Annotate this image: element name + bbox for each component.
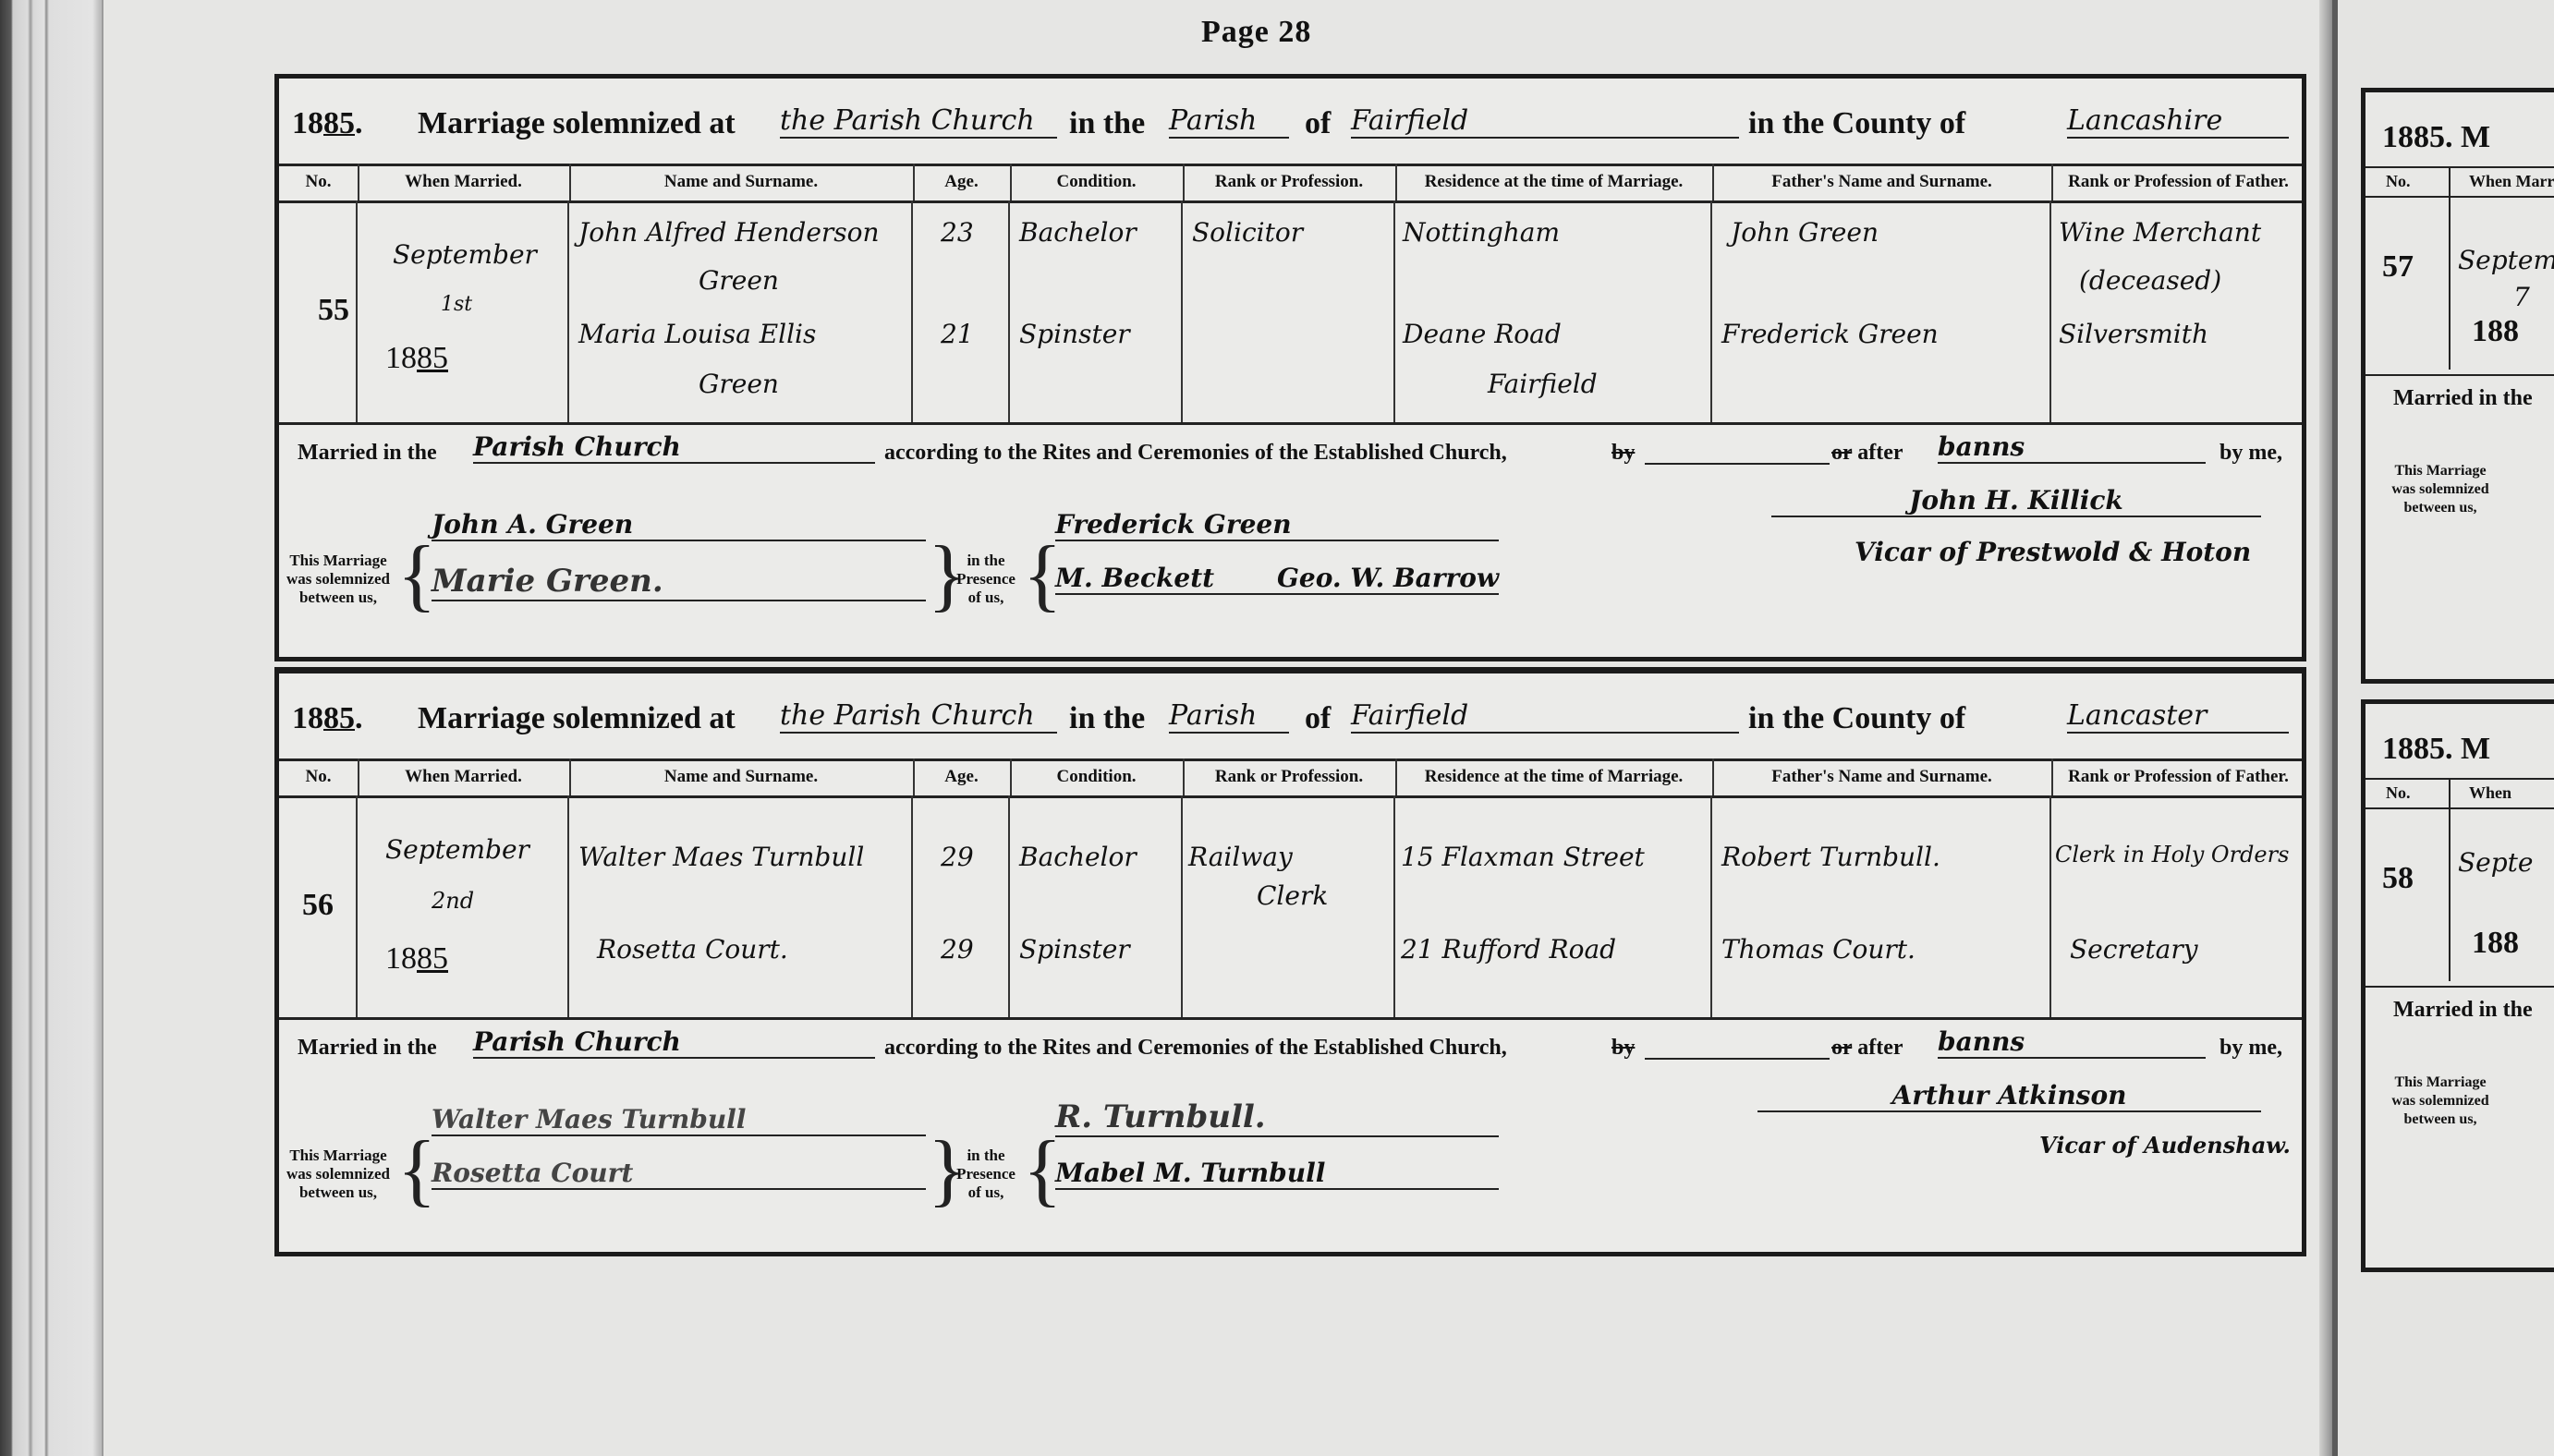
married-in-label: Married in the: [2393, 386, 2533, 411]
col-rank-profession: Rank or Profession.: [1183, 164, 1397, 200]
district-name: Fairfield: [1351, 104, 1739, 139]
married-in-label: Married in the: [298, 441, 437, 466]
presence-label: in thePresenceof us,: [944, 1147, 1028, 1202]
cell-father: John Green Frederick Green: [1712, 200, 2051, 422]
witness-2-signature: Mabel M. Turnbull: [1055, 1158, 1499, 1190]
entry-number: 55: [318, 293, 349, 328]
solemnized-between-label: This Marriagewas solemnizedbetween us,: [279, 552, 397, 607]
county-name: Lancashire: [2067, 104, 2289, 139]
next-entry-heading: 1885. M: [2382, 120, 2490, 155]
groom-father-note: (deceased): [2079, 265, 2221, 296]
cell-when: September 2nd 1885: [358, 795, 569, 1017]
entry-year: 1885.: [292, 701, 363, 736]
col-father-name: Father's Name and Surname.: [1712, 758, 2053, 795]
church-place: the Parish Church: [780, 104, 1057, 139]
when-day: 1st: [441, 293, 472, 316]
married-in-label: Married in the: [298, 1036, 437, 1061]
witness-1-signature: Frederick Green: [1055, 509, 1499, 541]
col-name-surname: Name and Surname.: [569, 758, 915, 795]
bride-name: Rosetta Court.: [597, 934, 788, 965]
bride-condition: Spinster: [1019, 934, 1130, 965]
cell-no: 56: [279, 795, 358, 1017]
groom-condition: Bachelor: [1019, 842, 1137, 872]
cell-names: Walter Maes Turnbull Rosetta Court.: [569, 795, 913, 1017]
entry-heading: 1885. Marriage solemnized at the Parish …: [279, 673, 2302, 761]
in-the-label: in the: [1069, 106, 1145, 141]
cell-no: 55: [279, 200, 358, 422]
when-month: Septe: [2458, 847, 2534, 878]
groom-residence: Nottingham: [1403, 217, 1560, 248]
col-name-surname: Name and Surname.: [569, 164, 915, 200]
officiant-title: Vicar of Prestwold & Hoton: [1855, 537, 2251, 567]
county-label: in the County of: [1748, 701, 1965, 736]
of-label: of: [1305, 701, 1331, 736]
rites-label: according to the Rites and Ceremonies of…: [884, 441, 1507, 466]
when-year: 1885: [385, 341, 448, 376]
left-brace: {: [397, 535, 436, 616]
when-year: 1885: [385, 941, 448, 977]
col-when-married: When Married.: [358, 758, 571, 795]
marriage-entry-55: 1885. Marriage solemnized at the Parish …: [274, 74, 2306, 661]
rites-label: according to the Rites and Ceremonies of…: [884, 1036, 1507, 1061]
ceremony-section: Married in the Parish Church according t…: [279, 1019, 2302, 1250]
col-no: No.: [279, 164, 359, 200]
groom-condition: Bachelor: [1019, 217, 1137, 248]
page-title: Page 28: [1201, 15, 1311, 50]
next-page-entry-57: 1885. M No. When Married 57 Septem 7 188…: [2361, 88, 2554, 684]
when-year: 188: [2472, 314, 2519, 349]
or-after-label: or after: [1831, 1036, 1903, 1061]
bride-father-rank: Secretary: [2070, 934, 2198, 965]
column-headers: No. When Married. Name and Surname. Age.…: [279, 164, 2302, 203]
bride-residence-town: Fairfield: [1488, 369, 1598, 399]
next-no-cell: 57: [2365, 166, 2451, 370]
next-entry-heading: 1885. M: [2382, 732, 2490, 767]
groom-name: Walter Maes Turnbull: [578, 842, 864, 872]
witness-1-signature: R. Turnbull.: [1055, 1098, 1499, 1137]
col-father-name: Father's Name and Surname.: [1712, 164, 2053, 200]
or-after-value: banns: [1938, 1026, 2206, 1059]
groom-residence: 15 Flaxman Street: [1401, 842, 1645, 872]
divider: [2365, 374, 2554, 376]
groom-age: 29: [941, 842, 974, 872]
married-in-label: Married in the: [2393, 998, 2533, 1023]
bride-father: Thomas Court.: [1721, 934, 1915, 965]
col-age: Age.: [913, 164, 1012, 200]
church-place: the Parish Church: [780, 699, 1057, 734]
cell-age: 23 21: [913, 200, 1010, 422]
cell-when: September 1st 1885: [358, 200, 569, 422]
of-label: of: [1305, 106, 1331, 141]
in-the-label: in the: [1069, 701, 1145, 736]
or-after-value: banns: [1938, 431, 2206, 464]
cell-names: John Alfred Henderson Green Maria Louisa…: [569, 200, 913, 422]
presence-label: in thePresenceof us,: [944, 552, 1028, 607]
when-month: September: [393, 239, 537, 270]
groom-father: John Green: [1731, 217, 1879, 248]
cell-rank: Railway Clerk: [1183, 795, 1395, 1017]
by-me-label: by me,: [2220, 441, 2282, 466]
entry-number: 56: [302, 888, 334, 923]
district-type: Parish: [1169, 104, 1289, 139]
col-father-rank: Rank or Profession of Father.: [2051, 164, 2305, 200]
cell-residence: 15 Flaxman Street 21 Rufford Road: [1395, 795, 1712, 1017]
by-label: by: [1611, 1036, 1635, 1061]
cell-age: 29 29: [913, 795, 1010, 1017]
bride-age: 21: [941, 319, 974, 349]
solemnized-between-label: This Marriagewas solemnizedbetween us,: [279, 1147, 397, 1202]
groom-rank: Railway: [1188, 842, 1293, 872]
col-rank-profession: Rank or Profession.: [1183, 758, 1397, 795]
when-year: 188: [2472, 926, 2519, 961]
entry-data-row: 55 September 1st 1885 John Alfred Hender…: [279, 200, 2302, 425]
cell-father-rank: Wine Merchant (deceased) Silversmith: [2051, 200, 2305, 422]
col-no: No.: [279, 758, 359, 795]
col-residence: Residence at the time of Marriage.: [1395, 164, 1714, 200]
bride-signature: Marie Green.: [432, 563, 926, 601]
married-in-place: Parish Church: [473, 431, 875, 464]
left-brace: {: [397, 1130, 436, 1211]
entry-year: 1885.: [292, 106, 363, 141]
officiant-signature: Arthur Atkinson: [1757, 1080, 2261, 1112]
cell-condition: Bachelor Spinster: [1010, 200, 1183, 422]
col-residence: Residence at the time of Marriage.: [1395, 758, 1714, 795]
groom-age: 23: [941, 217, 974, 248]
county-label: in the County of: [1748, 106, 1965, 141]
entry-number: 58: [2382, 861, 2414, 896]
cell-father-rank: Clerk in Holy Orders Secretary: [2051, 795, 2305, 1017]
or-after-label: or after: [1831, 441, 1903, 466]
column-headers: No. When Married. Name and Surname. Age.…: [279, 758, 2302, 798]
col-age: Age.: [913, 758, 1012, 795]
entry-number: 57: [2382, 249, 2414, 285]
entry-data-row: 56 September 2nd 1885 Walter Maes Turnbu…: [279, 795, 2302, 1020]
groom-surname: Green: [699, 265, 779, 296]
cell-residence: Nottingham Deane Road Fairfield: [1395, 200, 1712, 422]
solemnized-label: Marriage solemnized at: [418, 106, 736, 141]
district-name: Fairfield: [1351, 699, 1739, 734]
next-no-cell: 58: [2365, 778, 2451, 981]
book-spine-edge: [0, 0, 102, 1456]
divider: [2365, 986, 2554, 988]
groom-rank-line2: Clerk: [1257, 880, 1328, 911]
married-in-place: Parish Church: [473, 1026, 875, 1059]
when-month: September: [385, 834, 529, 865]
marriage-entry-56: 1885. Marriage solemnized at the Parish …: [274, 667, 2306, 1256]
groom-name: John Alfred Henderson: [578, 217, 880, 248]
bride-signature: Rosetta Court: [432, 1158, 926, 1190]
bride-condition: Spinster: [1019, 319, 1130, 349]
col-when-married: When Married: [2469, 172, 2554, 191]
when-day: 7: [2513, 282, 2530, 312]
by-me-label: by me,: [2220, 1036, 2282, 1061]
groom-father-rank: Wine Merchant: [2059, 217, 2261, 248]
witness-3-signature: Geo. W. Barrow: [1277, 563, 1499, 593]
col-when-married: When Married.: [358, 164, 571, 200]
col-when-married: When: [2469, 783, 2511, 803]
cell-condition: Bachelor Spinster: [1010, 795, 1183, 1017]
bride-age: 29: [941, 934, 974, 965]
bride-residence: 21 Rufford Road: [1401, 934, 1616, 965]
next-page-entry-58: 1885. M No. When 58 Septe 188 Married in…: [2361, 699, 2554, 1272]
solemnized-between-label: This Marriagewas solemnizedbetween us,: [2371, 462, 2510, 517]
bride-father-rank: Silversmith: [2059, 319, 2208, 349]
when-day: 2nd: [432, 888, 474, 914]
groom-rank: Solicitor: [1192, 217, 1303, 248]
cell-father: Robert Turnbull. Thomas Court.: [1712, 795, 2051, 1017]
col-father-rank: Rank or Profession of Father.: [2051, 758, 2305, 795]
when-month: Septem: [2458, 245, 2554, 275]
solemnized-between-label: This Marriagewas solemnizedbetween us,: [2371, 1074, 2510, 1129]
groom-father: Robert Turnbull.: [1721, 842, 1940, 872]
groom-signature: John A. Green: [432, 509, 926, 541]
ceremony-section: Married in the Parish Church according t…: [279, 424, 2302, 655]
bride-surname: Green: [699, 369, 779, 399]
bride-father: Frederick Green: [1721, 319, 1939, 349]
col-condition: Condition.: [1010, 758, 1185, 795]
groom-signature: Walter Maes Turnbull: [432, 1104, 926, 1136]
officiant-title: Vicar of Audenshaw.: [2039, 1132, 2291, 1159]
col-condition: Condition.: [1010, 164, 1185, 200]
district-type: Parish: [1169, 699, 1289, 734]
bride-residence: Deane Road: [1403, 319, 1562, 349]
entry-heading: 1885. Marriage solemnized at the Parish …: [279, 79, 2302, 166]
solemnized-label: Marriage solemnized at: [418, 701, 736, 736]
officiant-signature: John H. Killick: [1771, 485, 2261, 517]
cell-rank: Solicitor: [1183, 200, 1395, 422]
county-name: Lancaster: [2067, 699, 2289, 734]
groom-father-rank: Clerk in Holy Orders: [2055, 842, 2289, 868]
by-label: by: [1611, 441, 1635, 466]
bride-name: Maria Louisa Ellis: [578, 319, 816, 349]
